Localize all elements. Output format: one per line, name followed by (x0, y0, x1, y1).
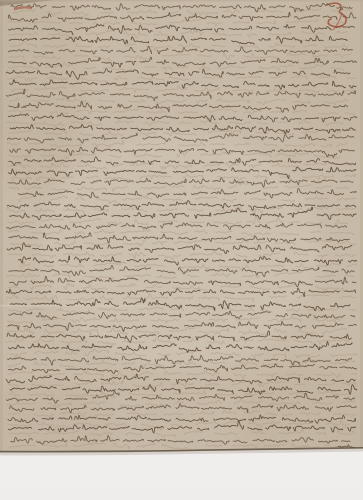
scanned-document (0, 0, 363, 500)
paper-top-edge (0, 0, 363, 2)
letter-scan (0, 0, 363, 500)
paper-sheet (0, 0, 363, 480)
paper-left-edge (0, 0, 3, 453)
fold-crease (0, 305, 150, 306)
